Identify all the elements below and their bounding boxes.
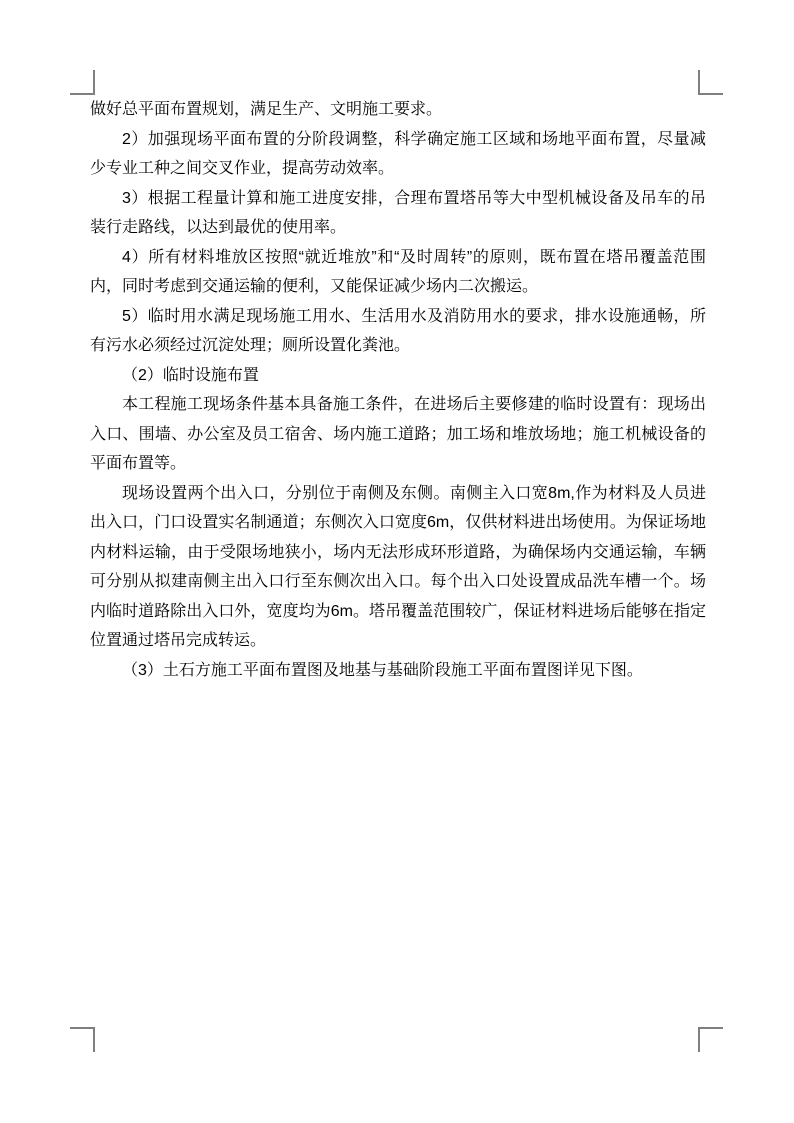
paragraph: 3）根据工程量计算和施工进度安排，合理布置塔吊等大中型机械设备及吊车的吊装行走路…	[90, 184, 706, 243]
paragraph: （3）土石方施工平面布置图及地基与基础阶段施工平面布置图详见下图。	[90, 656, 706, 686]
paragraph: 4）所有材料堆放区按照“就近堆放”和“及时周转”的原则，既布置在塔吊覆盖范围内，…	[90, 243, 706, 302]
paragraph: 5）临时用水满足现场施工用水、生活用水及消防用水的要求，排水设施通畅，所有污水必…	[90, 302, 706, 361]
paragraph: 做好总平面布置规划，满足生产、文明施工要求。	[90, 95, 706, 125]
paragraph: （2）临时设施布置	[90, 361, 706, 391]
paragraph: 现场设置两个出入口，分别位于南侧及东侧。南侧主入口宽8m,作为材料及人员进出入口…	[90, 479, 706, 656]
crop-mark-top-right	[698, 70, 723, 95]
body-text: 做好总平面布置规划，满足生产、文明施工要求。2）加强现场平面布置的分阶段调整，科…	[90, 95, 706, 685]
crop-mark-top-left	[70, 70, 95, 95]
document-page: 做好总平面布置规划，满足生产、文明施工要求。2）加强现场平面布置的分阶段调整，科…	[0, 0, 794, 1123]
paragraph: 2）加强现场平面布置的分阶段调整，科学确定施工区域和场地平面布置，尽量减少专业工…	[90, 125, 706, 184]
paragraph: 本工程施工现场条件基本具备施工条件，在进场后主要修建的临时设置有：现场出入口、围…	[90, 390, 706, 479]
crop-mark-bottom-left	[70, 1027, 95, 1052]
crop-mark-bottom-right	[698, 1027, 723, 1052]
